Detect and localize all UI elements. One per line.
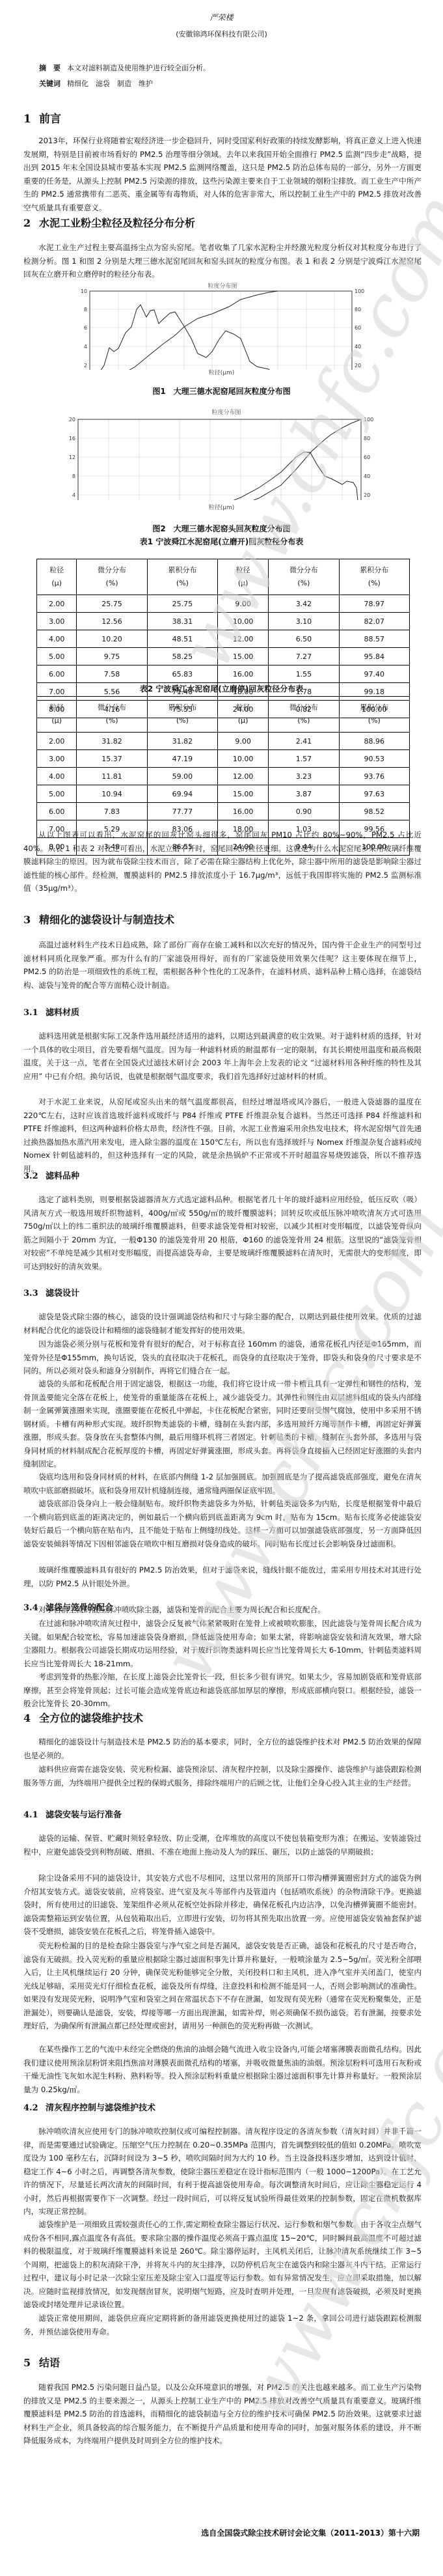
svg-text:100: 100 [364,417,373,423]
section-4-2-heading: 4.2清灰程序控制与滤袋维护技术 [23,2101,155,2113]
table-row: 6.007.8377.7716.000.9098.52 [37,803,410,820]
svg-text:6: 6 [84,325,87,331]
table-row: 5.009.7558.2515.007.2795.84 [37,648,410,665]
abstract-label: 摘 要 [39,64,60,72]
table-header-row: 粒径(μ) 微分分布(%) 累积分布(%) 粒径(μ) 微分分布(%) 累积分布… [37,559,410,595]
section-3-3-paragraph-1: 滤袋是袋式除尘器的核心，滤袋的设计强调滤袋结构和尺寸与除尘器的配合，以期达到最佳… [23,1310,422,1337]
svg-text:20: 20 [364,492,370,498]
table-1: 粒径(μ) 微分分布(%) 累积分布(%) 粒径(μ) 微分分布(%) 累积分布… [36,559,410,718]
svg-text:60: 60 [364,455,370,460]
table-row: 2.0031.8231.829.002.4188.96 [37,733,410,750]
table-row: 2.0025.7525.759.003.4278.97 [37,595,410,613]
section-1-paragraph: 2013年，环保行业将随着宏观经济进一步企稳回升，同时受国家利好政策的持续发酵影… [23,134,422,214]
section-3-4-paragraph-2: 在过滤和脉冲喷吹清灰过程中，滤袋会反复被气体紧紧吸附在笼骨上或被喷吹膨胀，因此滤… [23,1617,422,1670]
abstract: 摘 要本文对滤料制造及使用维护进行较全面分析。 [39,63,210,73]
section-3-1-paragraph-2: 对于水泥工业来说，从窑尾或窑头出来的烟气温度都很高，但经过增湿塔或风冷器后，一般… [23,1095,422,1175]
section-3-3-paragraph-6: 玻璃纤维覆膜滤料具有很好的 PM2.5 防治效果，但对于滤袋来说，缝线针眼不能放… [23,1563,422,1590]
section-4-2-paragraph-2: 滤袋维护是一项细致且需较强责任心的工作,需定期检查除尘器运行状况、运行参数和烟气… [23,2218,422,2312]
table-row: 5.0010.9469.9415.003.8797.63 [37,785,410,803]
svg-text:4: 4 [84,344,87,350]
table-row: 6.007.5865.8316.001.5597.40 [37,665,410,683]
figure-2-xlabel: 粒径(μm) [0,503,443,511]
document-page: 严荣楼 (安徽锦鸿环保科技有限公司) 摘 要本文对滤料制造及使用维护进行较全面分… [0,0,443,2576]
keywords-text: 精细化 滤袋 制造 维护 [67,79,153,88]
section-3-3-heading: 3.3滤袋设计 [23,1286,79,1298]
table-row: 4.0011.8159.0012.003.2393.76 [37,768,410,785]
svg-text:80: 80 [364,436,370,441]
section-4-paragraph-1: 精细化的滤袋设计与制造技术是 PM2.5 防治的基本要求，同时，全方位的滤袋维护… [23,1735,422,1762]
section-4-paragraph-2: 滤料供应商需在滤袋安装、荧光粉检漏、滤袋预涂层、清灰程序控制，以及除尘器操作、滤… [23,1763,422,1789]
svg-text:60: 60 [355,325,361,331]
svg-text:100: 100 [355,288,364,294]
section-4-1-paragraph-4: 在某些操作工艺的气流中未经完全燃烧的焦油的油烟会随气流进入收尘设备内,可能会堵塞… [23,2043,422,2096]
section-3-1-heading: 3.1滤料材质 [23,1005,79,1018]
author-name: 严荣楼 [0,12,443,23]
svg-text:20: 20 [69,417,75,423]
svg-text:4: 4 [72,492,75,498]
table-row: 3.0015.3747.1910.001.5790.53 [37,750,410,768]
section-2-paragraph-1: 水泥工业生产过程主要高温扬尘点为窑头窑尾。笔者收集了几家水泥粉尘并经激光粒度分析… [23,241,422,281]
section-3-3-paragraph-5: 滤袋底部沿袋身向上一般会缝制贴布。玻纤织物类滤袋多为外贴，针刺毡类滤袋多为内贴，… [23,1497,422,1550]
section-3-2-paragraph: 选定了滤料类别，则要根据袋滤器清灰方式选定滤料品种。根据笔者几十年的玻纤滤料应用… [23,1193,422,1273]
svg-text:8: 8 [72,473,75,479]
abstract-text: 本文对滤料制造及使用维护进行较全面分析。 [67,64,210,72]
section-4-2-paragraph-3: 滤袋正常使用期间，滤袋供应商应定期将新的备用滤袋更换使用过的滤袋 1~2 条，拿… [23,2312,422,2338]
section-3-4-paragraph-3: 考虑到笼骨的热胀冷缩，在长度上滤袋会比笼骨长一段，但长多少很有讲究。如果太少，容… [23,1670,422,1711]
section-4-1-heading: 4.1滤袋安装与运行准备 [23,1808,122,1820]
table-row: 3.0012.5638.3110.003.1082.07 [37,613,410,630]
figure-1-xlabel: 粒径(μm) [0,368,443,376]
chart-title: 粒度分布图 [208,282,237,290]
section-3-paragraph: 高温过滤材料生产技术日趋成熟，除了部份厂商存在偷工减料和以次充好的情况外，国内骨… [23,938,422,992]
section-4-1-paragraph-3: 荧光粉检漏的目的是检查除尘器袋室与净气室之间是否漏风，滤袋安装是否正确，滤袋和花… [23,1939,422,2033]
figure-2-caption: 图2 大理三德水泥窑头回灰粒度分布图 [0,523,443,534]
section-5-heading: 5结语 [23,2355,60,2370]
figure-2-chart: 粒度分布图 201612840 100806040200 0.512510205… [52,409,390,500]
section-1-heading: 1前言 [23,109,61,126]
svg-text:16: 16 [69,436,75,441]
table-2-caption: 表2 宁波舜江水泥窑尾(立磨停)回灰粒径分布表 [0,683,443,694]
svg-text:8: 8 [84,307,87,313]
section-3-2-heading: 3.2滤料品种 [23,1169,79,1181]
table-row: 4.0010.2048.5112.006.5088.57 [37,630,410,648]
figure-1-caption: 图1 大理三德水泥窑尾回灰粒度分布图 [0,385,443,397]
keywords: 关键词精细化 滤袋 制造 维护 [39,78,153,89]
section-2-heading: 2水泥工业粉尘粒径及粒径分布分析 [23,215,195,230]
section-4-heading: 4全方位的滤袋维护技术 [23,1710,143,1725]
section-3-1-paragraph-1: 滤料选用就是根据实际工况条件选用最经济适用的滤料，以期达到最满意的收尘效果。对于… [23,1029,422,1083]
svg-text:80: 80 [355,307,361,313]
svg-text:10: 10 [81,288,87,294]
figure-1-chart: 粒度分布图 1086420 100806040200 0.51251020501… [65,279,377,370]
section-5-paragraph: 随着我国 PM2.5 污染问题日益凸显，以及公众环境意识的增强，对 PM2.5 … [23,2381,422,2448]
source-footer: 选自全国袋式除尘技术研讨会论文集（2011-2013）第十六期 [201,2527,420,2538]
svg-text:40: 40 [364,473,370,479]
svg-text:12: 12 [69,455,75,460]
section-3-3-paragraph-2: 因为滤袋必须分别与花板和笼骨有很好的配合，对于标称直径 160mm 的滤袋，通常… [23,1337,422,1378]
section-3-heading: 3精细化的滤袋设计与制造技术 [23,912,174,927]
section-4-1-paragraph-1: 滤袋的运输、保管、贮藏时须轻拿轻放、防止受潮，仓库堆放的高度以不使包装箱变形为准… [23,1832,422,1858]
section-4-1-paragraph-2: 除尘设备采用不同的滤袋设计，其安装方式也不尽相同，这里以常用的顶部开口带沟槽弹簧… [23,1871,422,1939]
svg-text:40: 40 [355,344,361,350]
section-3-3-paragraph-3: 滤袋的头部和花板配合用于固定滤袋，根据这一功能，我们将它设计成一带卡槽且具有一定… [23,1377,422,1471]
keywords-label: 关键词 [39,79,60,88]
author-affiliation: (安徽锦鸿环保科技有限公司) [0,29,443,39]
table-1-caption: 表1 宁波舜江水泥窑尾(立磨开)回灰粒径分布表 [0,536,443,547]
section-2-paragraph-2: 从以上图表可以看出，水泥窑尾的回灰比窑头细得多，窑尾回灰 PM10 占比约 80… [23,828,422,895]
section-3-4-paragraph-1: 对于目前主流的低压脉冲喷吹除尘器，滤袋和笼骨的配合主要为周长配合和长度配合。 [23,1603,422,1617]
svg-text:粒度分布图: 粒度分布图 [211,409,241,416]
section-4-2-paragraph-1: 脉冲喷吹清灰应使用专门的脉冲喷吹控制仪或可编程控制器。清灰程序设定的各清灰参数（… [23,2125,422,2219]
table-header-row: 粒径(μ) 微分分布(%) 累积分布(%) 粒径(μ) 微分分布(%) 累积分布… [37,697,410,733]
section-3-3-paragraph-4: 袋底均选用和袋身同材质的材料，在底部内侧缝 1-2 层加强圆底。加强圆底是为了提… [23,1470,422,1497]
